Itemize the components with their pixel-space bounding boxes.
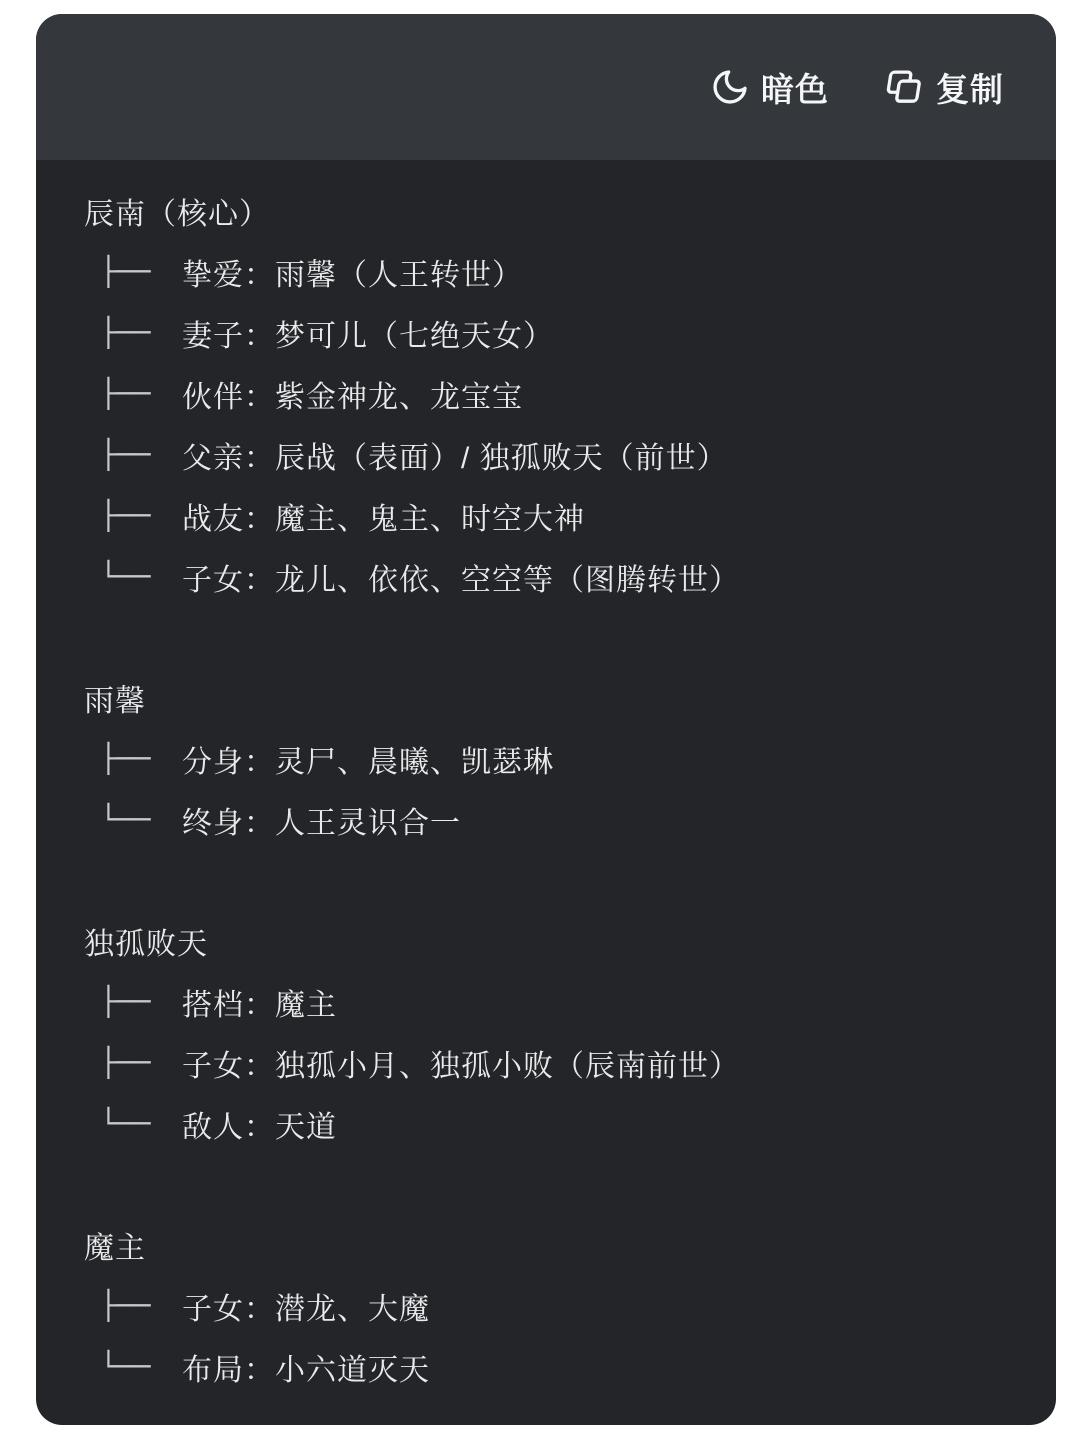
tree-branch-glyph: ├── [100,742,158,775]
tree-section: 雨馨├──分身：灵尸、晨曦、凯瑟琳└──终身：人王灵识合一 [84,667,1016,850]
code-block-card: 暗色 复制 辰南（核心）├──挚爱：雨馨（人王转世）├──妻子：梦可儿（七绝天女… [36,14,1056,1425]
tree-item-text: 妻子：梦可儿（七绝天女） [182,311,554,355]
copy-button[interactable]: 复制 [883,64,1004,111]
section-title: 辰南（核心） [84,180,1016,241]
tree-item-text: 伙伴：紫金神龙、龙宝宝 [182,372,523,416]
tree-item: ├──子女：独孤小月、独孤小败（辰南前世） [84,1032,1016,1093]
tree-item: ├──妻子：梦可儿（七绝天女） [84,302,1016,363]
tree-item: ├──子女：潜龙、大魔 [84,1275,1016,1336]
moon-icon [710,67,750,107]
tree-item: ├──伙伴：紫金神龙、龙宝宝 [84,363,1016,424]
tree-item: ├──搭档：魔主 [84,971,1016,1032]
tree-item: ├──挚爱：雨馨（人王转世） [84,241,1016,302]
tree-branch-glyph: └── [100,1350,158,1383]
tree-item-text: 搭档：魔主 [182,980,337,1024]
tree-item: ├──父亲：辰战（表面）/ 独孤败天（前世） [84,424,1016,485]
copy-icon [883,66,925,108]
tree-branch-glyph: ├── [100,1046,158,1079]
tree-item: └──终身：人王灵识合一 [84,789,1016,850]
tree-branch-glyph: ├── [100,377,158,410]
section-title: 独孤败天 [84,910,1016,971]
tree-item-text: 分身：灵尸、晨曦、凯瑟琳 [182,737,554,781]
tree-item: └──子女：龙儿、依依、空空等（图腾转世） [84,546,1016,607]
tree-section: 辰南（核心）├──挚爱：雨馨（人王转世）├──妻子：梦可儿（七绝天女）├──伙伴… [84,180,1016,607]
tree-section: 独孤败天├──搭档：魔主├──子女：独孤小月、独孤小败（辰南前世）└──敌人：天… [84,910,1016,1154]
tree-item: ├──分身：灵尸、晨曦、凯瑟琳 [84,728,1016,789]
tree-branch-glyph: └── [100,803,158,836]
tree-item-text: 终身：人王灵识合一 [182,798,461,842]
tree-item-text: 战友：魔主、鬼主、时空大神 [182,494,585,538]
tree-branch-glyph: ├── [100,316,158,349]
tree-branch-glyph: ├── [100,499,158,532]
code-block-toolbar: 暗色 复制 [36,14,1056,160]
tree-item: └──敌人：天道 [84,1093,1016,1154]
tree-item-text: 挚爱：雨馨（人王转世） [182,250,523,294]
tree-item-text: 子女：潜龙、大魔 [182,1284,430,1328]
tree-item: ├──战友：魔主、鬼主、时空大神 [84,485,1016,546]
tree-section: 魔主├──子女：潜龙、大魔└──布局：小六道灭天 [84,1214,1016,1397]
tree-content: 辰南（核心）├──挚爱：雨馨（人王转世）├──妻子：梦可儿（七绝天女）├──伙伴… [36,160,1056,1425]
tree-item-text: 子女：独孤小月、独孤小败（辰南前世） [182,1041,740,1085]
tree-branch-glyph: └── [100,1107,158,1140]
tree-branch-glyph: └── [100,560,158,593]
dark-mode-toggle[interactable]: 暗色 [710,64,829,111]
tree-item-text: 敌人：天道 [182,1102,337,1146]
tree-item-text: 子女：龙儿、依依、空空等（图腾转世） [182,555,740,599]
section-title: 雨馨 [84,667,1016,728]
copy-label: 复制 [936,64,1004,111]
tree-branch-glyph: ├── [100,1289,158,1322]
page: 暗色 复制 辰南（核心）├──挚爱：雨馨（人王转世）├──妻子：梦可儿（七绝天女… [0,0,1080,1452]
tree-branch-glyph: ├── [100,985,158,1018]
tree-item-text: 父亲：辰战（表面）/ 独孤败天（前世） [182,433,728,477]
tree-item: └──布局：小六道灭天 [84,1336,1016,1397]
tree-item-text: 布局：小六道灭天 [182,1345,430,1389]
dark-mode-label: 暗色 [761,64,829,111]
section-title: 魔主 [84,1214,1016,1275]
tree-branch-glyph: ├── [100,255,158,288]
tree-branch-glyph: ├── [100,438,158,471]
